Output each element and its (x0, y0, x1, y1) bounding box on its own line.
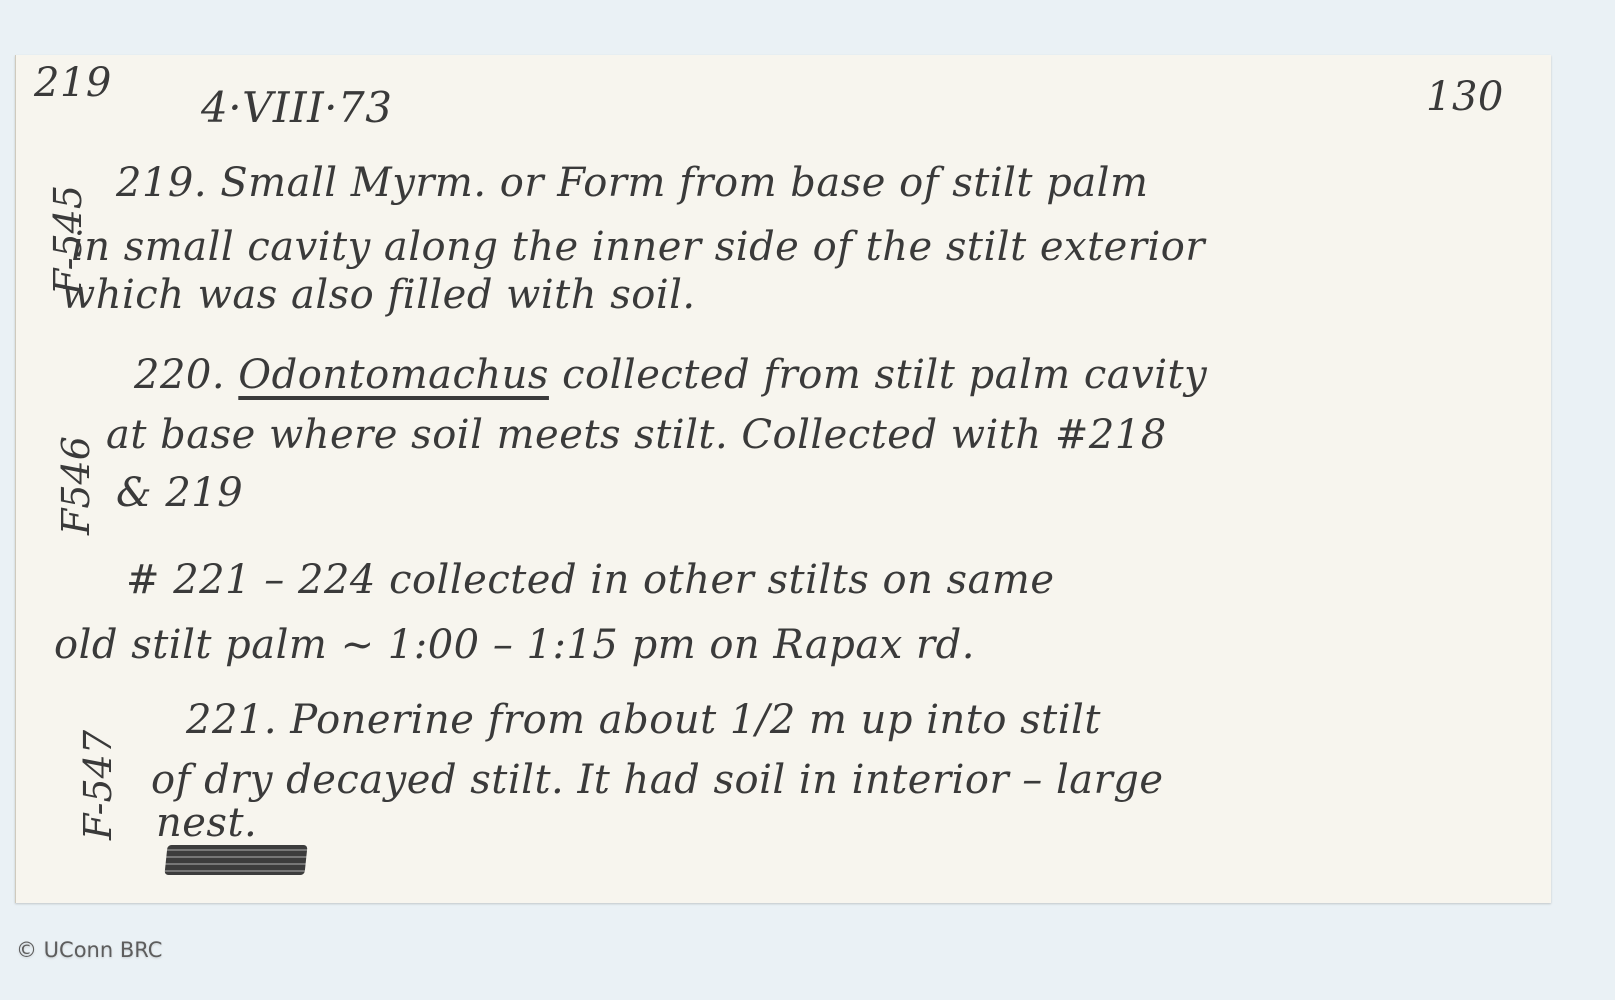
entries-221-224-line-2: old stilt palm ~ 1:00 – 1:15 pm on Rapax… (54, 625, 975, 665)
entry-219-line-2: in small cavity along the inner side of … (71, 227, 1205, 267)
card-number-left: 219 (34, 63, 112, 103)
entry-221-line-1: 221. Ponerine from about 1/2 m up into s… (186, 700, 1101, 740)
entry-221-line-2: of dry decayed stilt. It had soil in int… (151, 760, 1164, 800)
entry-220-genus: Odontomachus (238, 352, 549, 398)
entry-220-line-2: at base where soil meets stilt. Collecte… (106, 415, 1167, 455)
copyright-notice: © UConn BRC (16, 938, 162, 962)
margin-label-f546: F546 (54, 436, 98, 535)
specimen-card: 219 130 4·VIII·73 F-545 F546 F-547 219. … (15, 55, 1551, 903)
entry-221-line-3: nest. (156, 803, 257, 843)
entry-220-line-1: 220. Odontomachus collected from stilt p… (134, 355, 1207, 395)
entries-221-224-line-1: # 221 – 224 collected in other stilts on… (126, 560, 1055, 600)
card-number-right: 130 (1426, 77, 1504, 117)
entry-220-line-3: & 219 (116, 473, 243, 513)
margin-label-f547: F-547 (76, 730, 120, 840)
struck-out-number (164, 845, 307, 875)
entry-219-line-1: 219. Small Myrm. or Form from base of st… (116, 163, 1148, 203)
entry-219-line-3: which was also filled with soil. (61, 275, 696, 315)
collection-date: 4·VIII·73 (201, 87, 392, 129)
entry-220-number: 220 (134, 352, 212, 398)
entry-220-text: collected from stilt palm cavity (562, 352, 1207, 398)
